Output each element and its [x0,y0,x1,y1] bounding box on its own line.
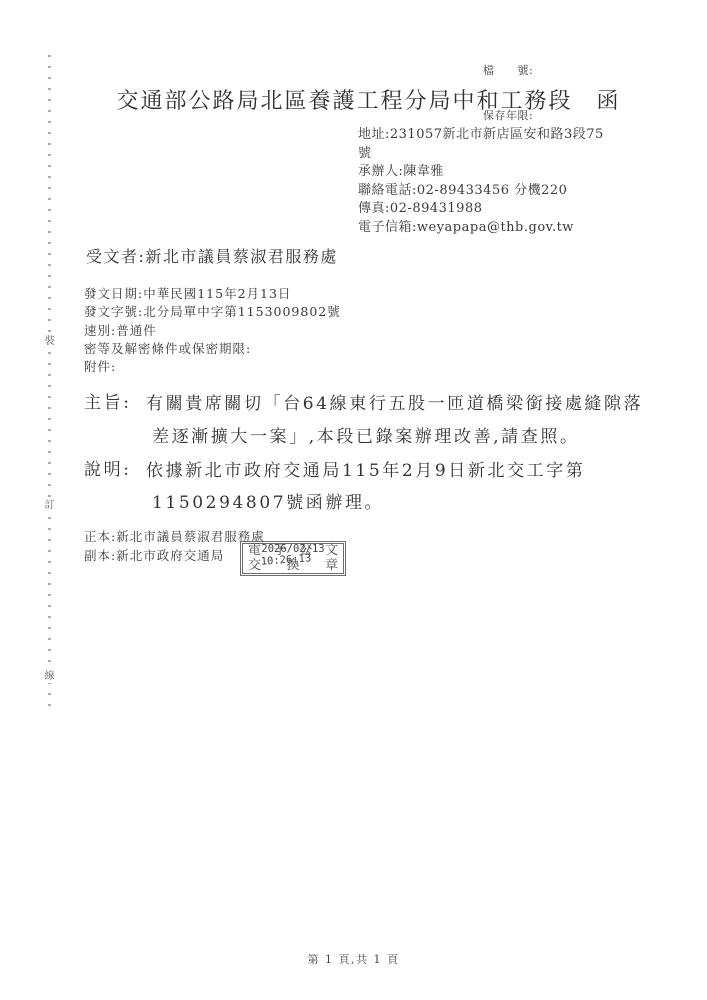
page-number-footer: 第 1 頁,共 1 頁 [0,951,707,967]
sender-fax: 傳真:02-89431988 [358,200,604,219]
subject-block: 主旨: 有關貴席關切「台64線東行五股一匝道橋梁銜接處縫隙落 差逐漸擴大一案」,… [84,388,643,454]
subject-line1: 有關貴席關切「台64線東行五股一匝道橋梁銜接處縫隙落 [146,388,643,421]
binding-mark-xian: 線 [42,671,57,683]
document-meta-block: 發文日期:中華民國115年2月13日 發文字號:北分局單中字第115300980… [84,285,341,376]
subject-line2: 差逐漸擴大一案」,本段已錄案辦理改善,請查照。 [152,421,643,454]
subject-text: 有關貴席關切「台64線東行五股一匝道橋梁銜接處縫隙落 差逐漸擴大一案」,本段已錄… [146,388,643,454]
official-letter-page: 檔 號: 保存年限: 交通部公路局北區養護工程分局中和工務段 函 地址:2310… [0,0,707,1000]
sender-phone: 聯絡電話:02-89433456 分機220 [358,182,604,201]
sender-info-block: 地址:231057新北市新店區安和路3段75 號 承辦人:陳韋雅 聯絡電話:02… [358,126,604,237]
explanation-line2: 1150294807號函辦理。 [152,487,585,519]
original-copy-line: 正本:新北市議員蔡淑君服務處 [84,528,265,547]
stamp-datetime: 2026/02/13 10:26:13 [241,544,345,565]
binding-mark-zhuang: 裝 [42,336,57,348]
binding-mark-ding: 訂 [42,500,57,512]
explanation-line1: 依據新北市政府交通局115年2月9日新北交工字第 [146,455,585,487]
explanation-label: 說明: [84,455,132,480]
security-line: 密等及解密條件或保密期限: [84,340,341,358]
file-number-label: 檔 號: [483,63,533,78]
binding-dotted-line [48,55,51,707]
attachment-line: 附件: [84,358,341,376]
priority-line: 速別:普通件 [84,322,341,340]
recipient-line: 受文者:新北市議員蔡淑君服務處 [86,244,338,267]
explanation-block: 說明: 依據新北市政府交通局115年2月9日新北交工字第 1150294807號… [84,455,585,519]
sender-contact-person: 承辦人:陳韋雅 [358,163,604,182]
sender-email: 電子信箱:weyapapa@thb.gov.tw [358,219,604,238]
subject-label: 主旨: [84,388,132,413]
sender-address-line2: 號 [358,145,604,164]
explanation-text: 依據新北市政府交通局115年2月9日新北交工字第 1150294807號函辦理。 [146,455,585,519]
doc-number-line: 發文字號:北分局單中字第1153009802號 [84,303,341,321]
document-title: 交通部公路局北區養護工程分局中和工務段 函 [55,84,682,115]
issue-date-line: 發文日期:中華民國115年2月13日 [84,285,341,303]
e-document-exchange-stamp: 電子公文 交換章 2026/02/13 10:26:13 [240,541,346,576]
sender-address-line1: 地址:231057新北市新店區安和路3段75 [358,126,604,145]
